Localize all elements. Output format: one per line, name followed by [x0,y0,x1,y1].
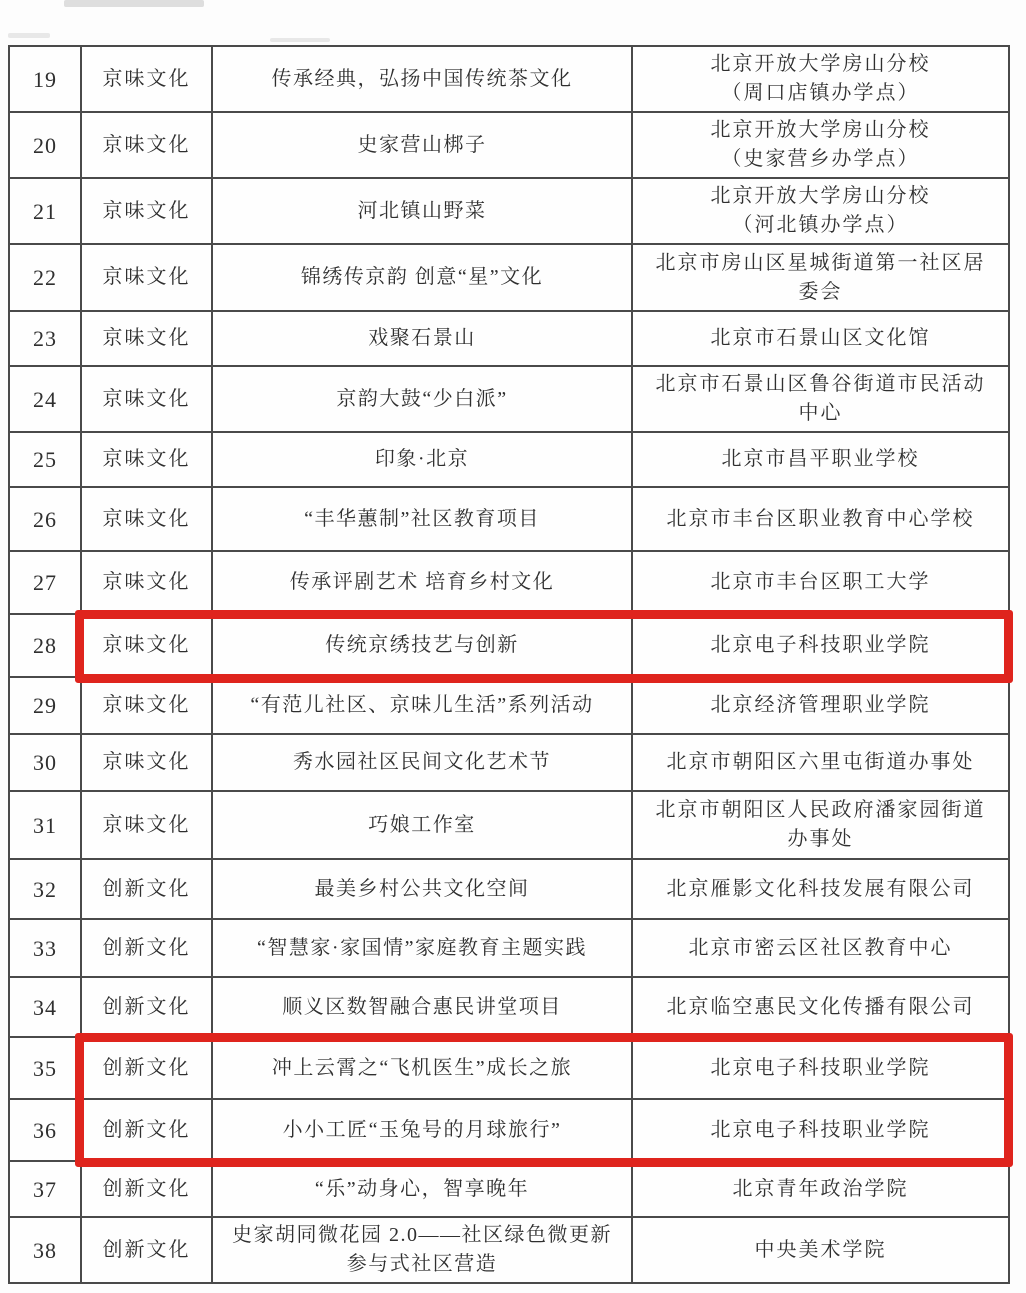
cell-number: 29 [10,678,82,733]
table-row: 25 京味文化 印象·北京 北京市昌平职业学校 [10,433,1008,488]
cell-project-name: 顺义区数智融合惠民讲堂项目 [213,978,633,1036]
cell-organization: 北京开放大学房山分校 （周口店镇办学点） [633,47,1008,111]
cell-project-name: 巧娘工作室 [213,792,633,858]
cell-category: 创新文化 [82,860,213,918]
scan-artifact [8,33,50,38]
cell-project-name: 印象·北京 [213,433,633,486]
scan-artifact [270,38,330,42]
cell-organization: 北京青年政治学院 [633,1162,1008,1216]
cell-number: 26 [10,488,82,550]
cell-project-name: “智慧家·家国情”家庭教育主题实践 [213,920,633,976]
cell-organization: 北京电子科技职业学院 [633,615,1008,676]
table-row: 35 创新文化 冲上云霄之“飞机医生”成长之旅 北京电子科技职业学院 [10,1038,1008,1100]
cell-project-name: “乐”动身心，智享晚年 [213,1162,633,1216]
cell-organization: 北京市丰台区职业教育中心学校 [633,488,1008,550]
cell-category: 京味文化 [82,615,213,676]
table-row: 24 京味文化 京韵大鼓“少白派” 北京市石景山区鲁谷街道市民活动 中心 [10,367,1008,433]
table-row: 28 京味文化 传统京绣技艺与创新 北京电子科技职业学院 [10,615,1008,678]
cell-number: 19 [10,47,82,111]
cell-category: 京味文化 [82,552,213,613]
table-row: 29 京味文化 “有范儿社区、京味儿生活”系列活动 北京经济管理职业学院 [10,678,1008,735]
cell-organization: 北京市石景山区鲁谷街道市民活动 中心 [633,367,1008,431]
cell-organization: 北京开放大学房山分校 （史家营乡办学点） [633,113,1008,177]
cell-category: 创新文化 [82,1038,213,1098]
table-row: 19 京味文化 传承经典，弘扬中国传统茶文化 北京开放大学房山分校 （周口店镇办… [10,47,1008,113]
cell-number: 25 [10,433,82,486]
cell-project-name: 冲上云霄之“飞机医生”成长之旅 [213,1038,633,1098]
cell-organization: 北京开放大学房山分校 （河北镇办学点） [633,179,1008,243]
table-row: 30 京味文化 秀水园社区民间文化艺术节 北京市朝阳区六里屯街道办事处 [10,735,1008,792]
cell-number: 38 [10,1218,82,1282]
cell-project-name: 史家营山梆子 [213,113,633,177]
cell-number: 22 [10,245,82,310]
table-row: 31 京味文化 巧娘工作室 北京市朝阳区人民政府潘家园街道 办事处 [10,792,1008,860]
cell-project-name: 秀水园社区民间文化艺术节 [213,735,633,790]
cell-number: 31 [10,792,82,858]
cell-category: 京味文化 [82,367,213,431]
cell-category: 京味文化 [82,312,213,365]
table-row: 38 创新文化 史家胡同微花园 2.0——社区绿色微更新 参与式社区营造 中央美… [10,1218,1008,1282]
cell-category: 创新文化 [82,920,213,976]
cell-organization: 北京市朝阳区人民政府潘家园街道 办事处 [633,792,1008,858]
cell-number: 36 [10,1100,82,1160]
table-row: 27 京味文化 传承评剧艺术 培育乡村文化 北京市丰台区职工大学 [10,552,1008,615]
cell-organization: 北京电子科技职业学院 [633,1100,1008,1160]
cell-category: 京味文化 [82,678,213,733]
cell-project-name: 史家胡同微花园 2.0——社区绿色微更新 参与式社区营造 [213,1218,633,1282]
cell-category: 创新文化 [82,1100,213,1160]
cell-organization: 北京市丰台区职工大学 [633,552,1008,613]
table-row: 20 京味文化 史家营山梆子 北京开放大学房山分校 （史家营乡办学点） [10,113,1008,179]
cell-number: 28 [10,615,82,676]
scan-artifact [64,0,204,7]
cell-project-name: “丰华蕙制”社区教育项目 [213,488,633,550]
cell-category: 京味文化 [82,179,213,243]
cell-number: 37 [10,1162,82,1216]
cell-project-name: 河北镇山野菜 [213,179,633,243]
cell-organization: 北京市密云区社区教育中心 [633,920,1008,976]
cell-category: 京味文化 [82,488,213,550]
table-row: 33 创新文化 “智慧家·家国情”家庭教育主题实践 北京市密云区社区教育中心 [10,920,1008,978]
cell-organization: 北京电子科技职业学院 [633,1038,1008,1098]
cell-category: 京味文化 [82,47,213,111]
cell-organization: 北京市石景山区文化馆 [633,312,1008,365]
cell-number: 32 [10,860,82,918]
table-row: 36 创新文化 小小工匠“玉兔号的月球旅行” 北京电子科技职业学院 [10,1100,1008,1162]
cell-project-name: 小小工匠“玉兔号的月球旅行” [213,1100,633,1160]
cell-project-name: 传统京绣技艺与创新 [213,615,633,676]
cell-number: 35 [10,1038,82,1098]
cell-category: 创新文化 [82,978,213,1036]
cell-category: 京味文化 [82,433,213,486]
cell-organization: 中央美术学院 [633,1218,1008,1282]
cell-organization: 北京经济管理职业学院 [633,678,1008,733]
cell-category: 京味文化 [82,113,213,177]
table-row: 22 京味文化 锦绣传京韵 创意“星”文化 北京市房山区星城街道第一社区居 委会 [10,245,1008,312]
table-row: 26 京味文化 “丰华蕙制”社区教育项目 北京市丰台区职业教育中心学校 [10,488,1008,552]
cell-number: 30 [10,735,82,790]
table-row: 32 创新文化 最美乡村公共文化空间 北京雁影文化科技发展有限公司 [10,860,1008,920]
cell-project-name: 京韵大鼓“少白派” [213,367,633,431]
cell-number: 21 [10,179,82,243]
cell-organization: 北京市昌平职业学校 [633,433,1008,486]
cell-number: 24 [10,367,82,431]
cell-category: 京味文化 [82,735,213,790]
cell-number: 23 [10,312,82,365]
cell-project-name: 最美乡村公共文化空间 [213,860,633,918]
cell-organization: 北京临空惠民文化传播有限公司 [633,978,1008,1036]
cell-number: 27 [10,552,82,613]
cell-project-name: 传承评剧艺术 培育乡村文化 [213,552,633,613]
cell-organization: 北京市房山区星城街道第一社区居 委会 [633,245,1008,310]
cell-project-name: 戏聚石景山 [213,312,633,365]
cell-organization: 北京市朝阳区六里屯街道办事处 [633,735,1008,790]
cell-number: 34 [10,978,82,1036]
cell-category: 创新文化 [82,1218,213,1282]
cell-number: 33 [10,920,82,976]
cell-project-name: 锦绣传京韵 创意“星”文化 [213,245,633,310]
projects-table: 19 京味文化 传承经典，弘扬中国传统茶文化 北京开放大学房山分校 （周口店镇办… [8,45,1010,1284]
cell-category: 京味文化 [82,245,213,310]
cell-project-name: 传承经典，弘扬中国传统茶文化 [213,47,633,111]
cell-number: 20 [10,113,82,177]
table-row: 21 京味文化 河北镇山野菜 北京开放大学房山分校 （河北镇办学点） [10,179,1008,245]
cell-organization: 北京雁影文化科技发展有限公司 [633,860,1008,918]
cell-project-name: “有范儿社区、京味儿生活”系列活动 [213,678,633,733]
table-row: 37 创新文化 “乐”动身心，智享晚年 北京青年政治学院 [10,1162,1008,1218]
cell-category: 创新文化 [82,1162,213,1216]
table-row: 23 京味文化 戏聚石景山 北京市石景山区文化馆 [10,312,1008,367]
cell-category: 京味文化 [82,792,213,858]
scanned-document-page: 19 京味文化 传承经典，弘扬中国传统茶文化 北京开放大学房山分校 （周口店镇办… [0,0,1026,1293]
table-row: 34 创新文化 顺义区数智融合惠民讲堂项目 北京临空惠民文化传播有限公司 [10,978,1008,1038]
